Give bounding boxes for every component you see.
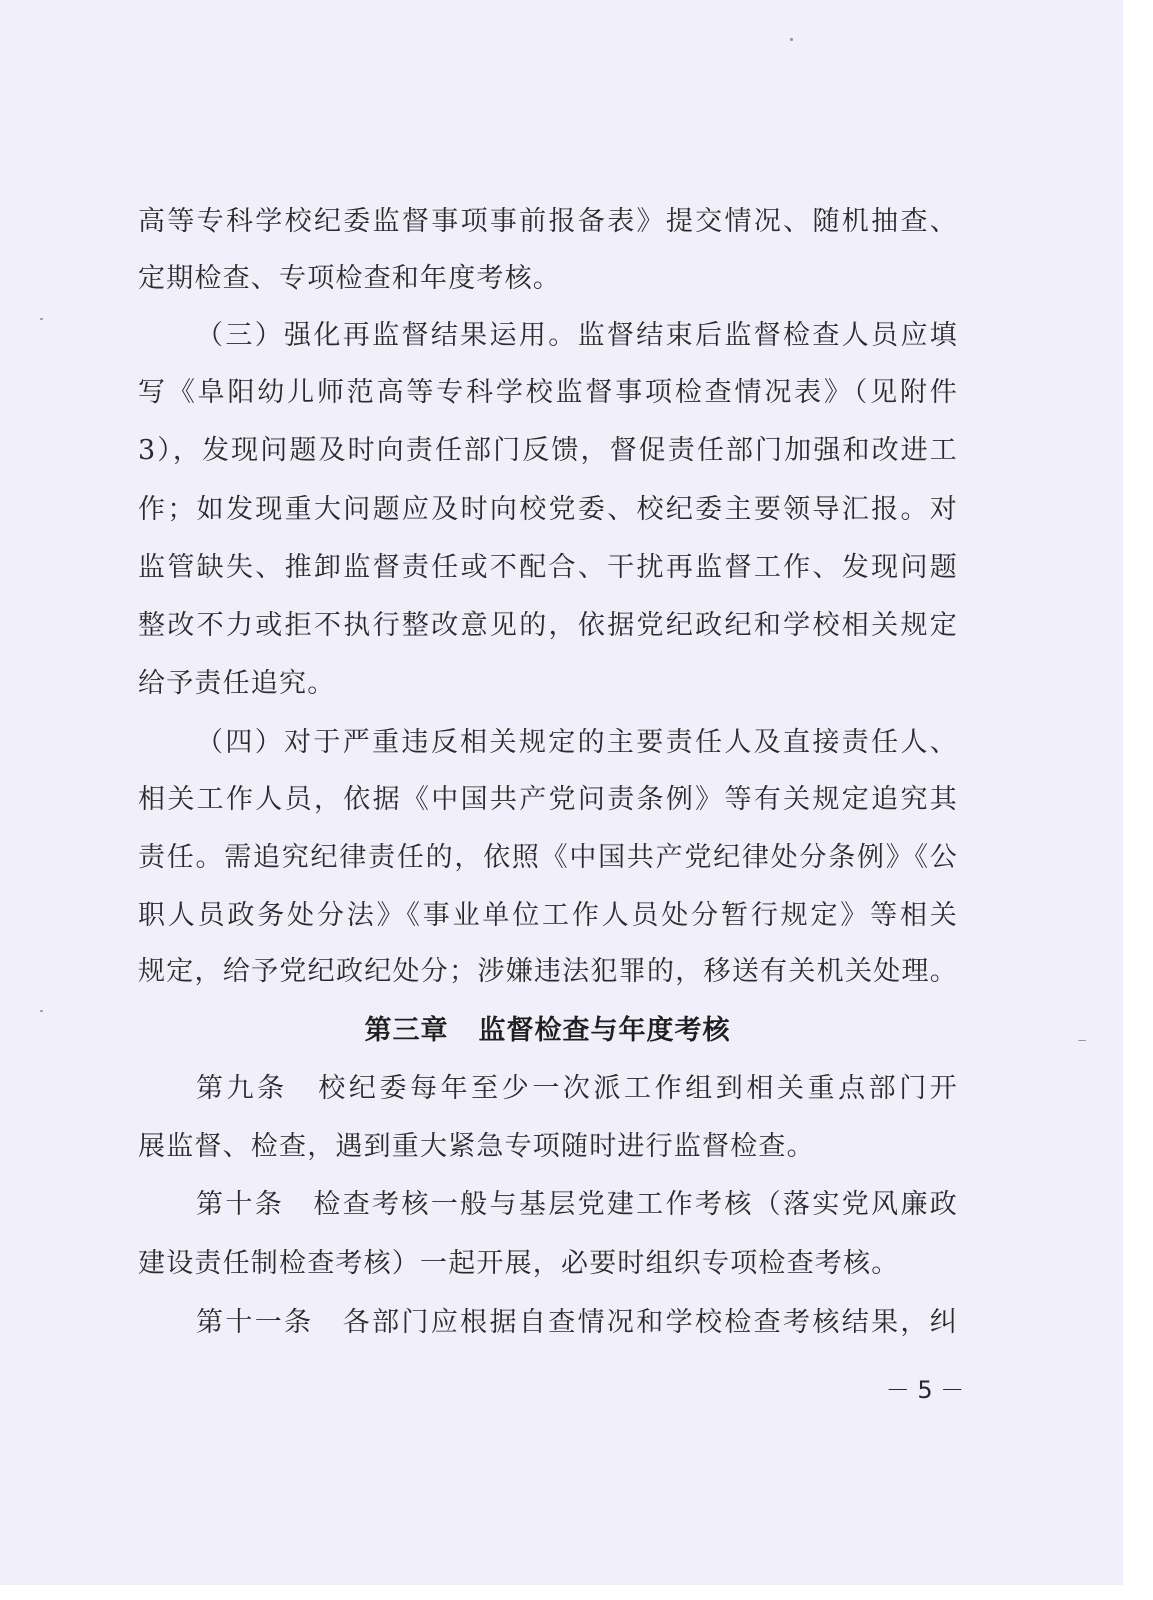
scan-speck — [790, 38, 793, 41]
scan-speck — [1078, 1040, 1086, 1041]
text-line: 责任。需追究纪律责任的，依照《中国共产党纪律处分条例》《公 — [138, 838, 958, 878]
article-9-first-line: 第九条 校纪委每年至少一次派工作组到相关重点部门开 — [138, 1069, 958, 1109]
document-page: 高等专科学校纪委监督事项事前报备表》提交情况、随机抽查、 定期检查、专项检查和年… — [0, 0, 1123, 1585]
text-line: 高等专科学校纪委监督事项事前报备表》提交情况、随机抽查、 — [138, 202, 958, 242]
scan-speck — [40, 318, 43, 320]
paragraph-3-first-line: （三）强化再监督结果运用。监督结束后监督检查人员应填 — [138, 316, 958, 356]
scan-speck — [40, 1010, 43, 1012]
text-line: 展监督、检查，遇到重大紧急专项随时进行监督检查。 — [138, 1127, 958, 1167]
text-line: 3），发现问题及时向责任部门反馈，督促责任部门加强和改进工 — [138, 431, 958, 471]
text-line: 规定，给予党纪政纪处分；涉嫌违法犯罪的，移送有关机关处理。 — [138, 952, 958, 992]
article-10-first-line: 第十条 检查考核一般与基层党建工作考核（落实党风廉政 — [138, 1185, 958, 1225]
article-label: 第十条 — [196, 1189, 284, 1220]
paragraph-4-first-line: （四）对于严重违反相关规定的主要责任人及直接责任人、 — [138, 723, 958, 763]
article-label: 第十一条 — [196, 1307, 313, 1338]
text-line: 建设责任制检查考核）一起开展，必要时组织专项检查考核。 — [138, 1244, 958, 1284]
article-label: 第九条 — [196, 1073, 288, 1104]
text-line: 相关工作人员，依据《中国共产党问责条例》等有关规定追究其 — [138, 780, 958, 820]
chapter-heading: 第三章监督检查与年度考核 — [0, 1011, 1095, 1051]
text-line: 给予责任追究。 — [138, 664, 958, 704]
article-text: 校纪委每年至少一次派工作组到相关重点部门开 — [316, 1073, 958, 1104]
article-11-first-line: 第十一条 各部门应根据自查情况和学校检查考核结果，纠 — [138, 1303, 958, 1343]
text-line: 作；如发现重大问题应及时向校党委、校纪委主要领导汇报。对 — [138, 490, 958, 530]
article-text: 各部门应根据自查情况和学校检查考核结果，纠 — [342, 1307, 958, 1338]
text-line: 职人员政务处分法》《事业单位工作人员处分暂行规定》等相关 — [138, 896, 958, 936]
text-line: 写《阜阳幼儿师范高等专科学校监督事项检查情况表》（见附件 — [138, 373, 958, 413]
text-line: 监管缺失、推卸监督责任或不配合、干扰再监督工作、发现问题 — [138, 548, 958, 588]
page-number: － 5 － — [880, 1372, 970, 1408]
article-text: 检查考核一般与基层党建工作考核（落实党风廉政 — [312, 1189, 958, 1220]
text-line: 整改不力或拒不执行整改意见的，依据党纪政纪和学校相关规定 — [138, 606, 958, 646]
chapter-number: 第三章 — [365, 1015, 449, 1046]
chapter-title: 监督检查与年度考核 — [479, 1015, 731, 1046]
text-line: 定期检查、专项检查和年度考核。 — [138, 259, 958, 299]
